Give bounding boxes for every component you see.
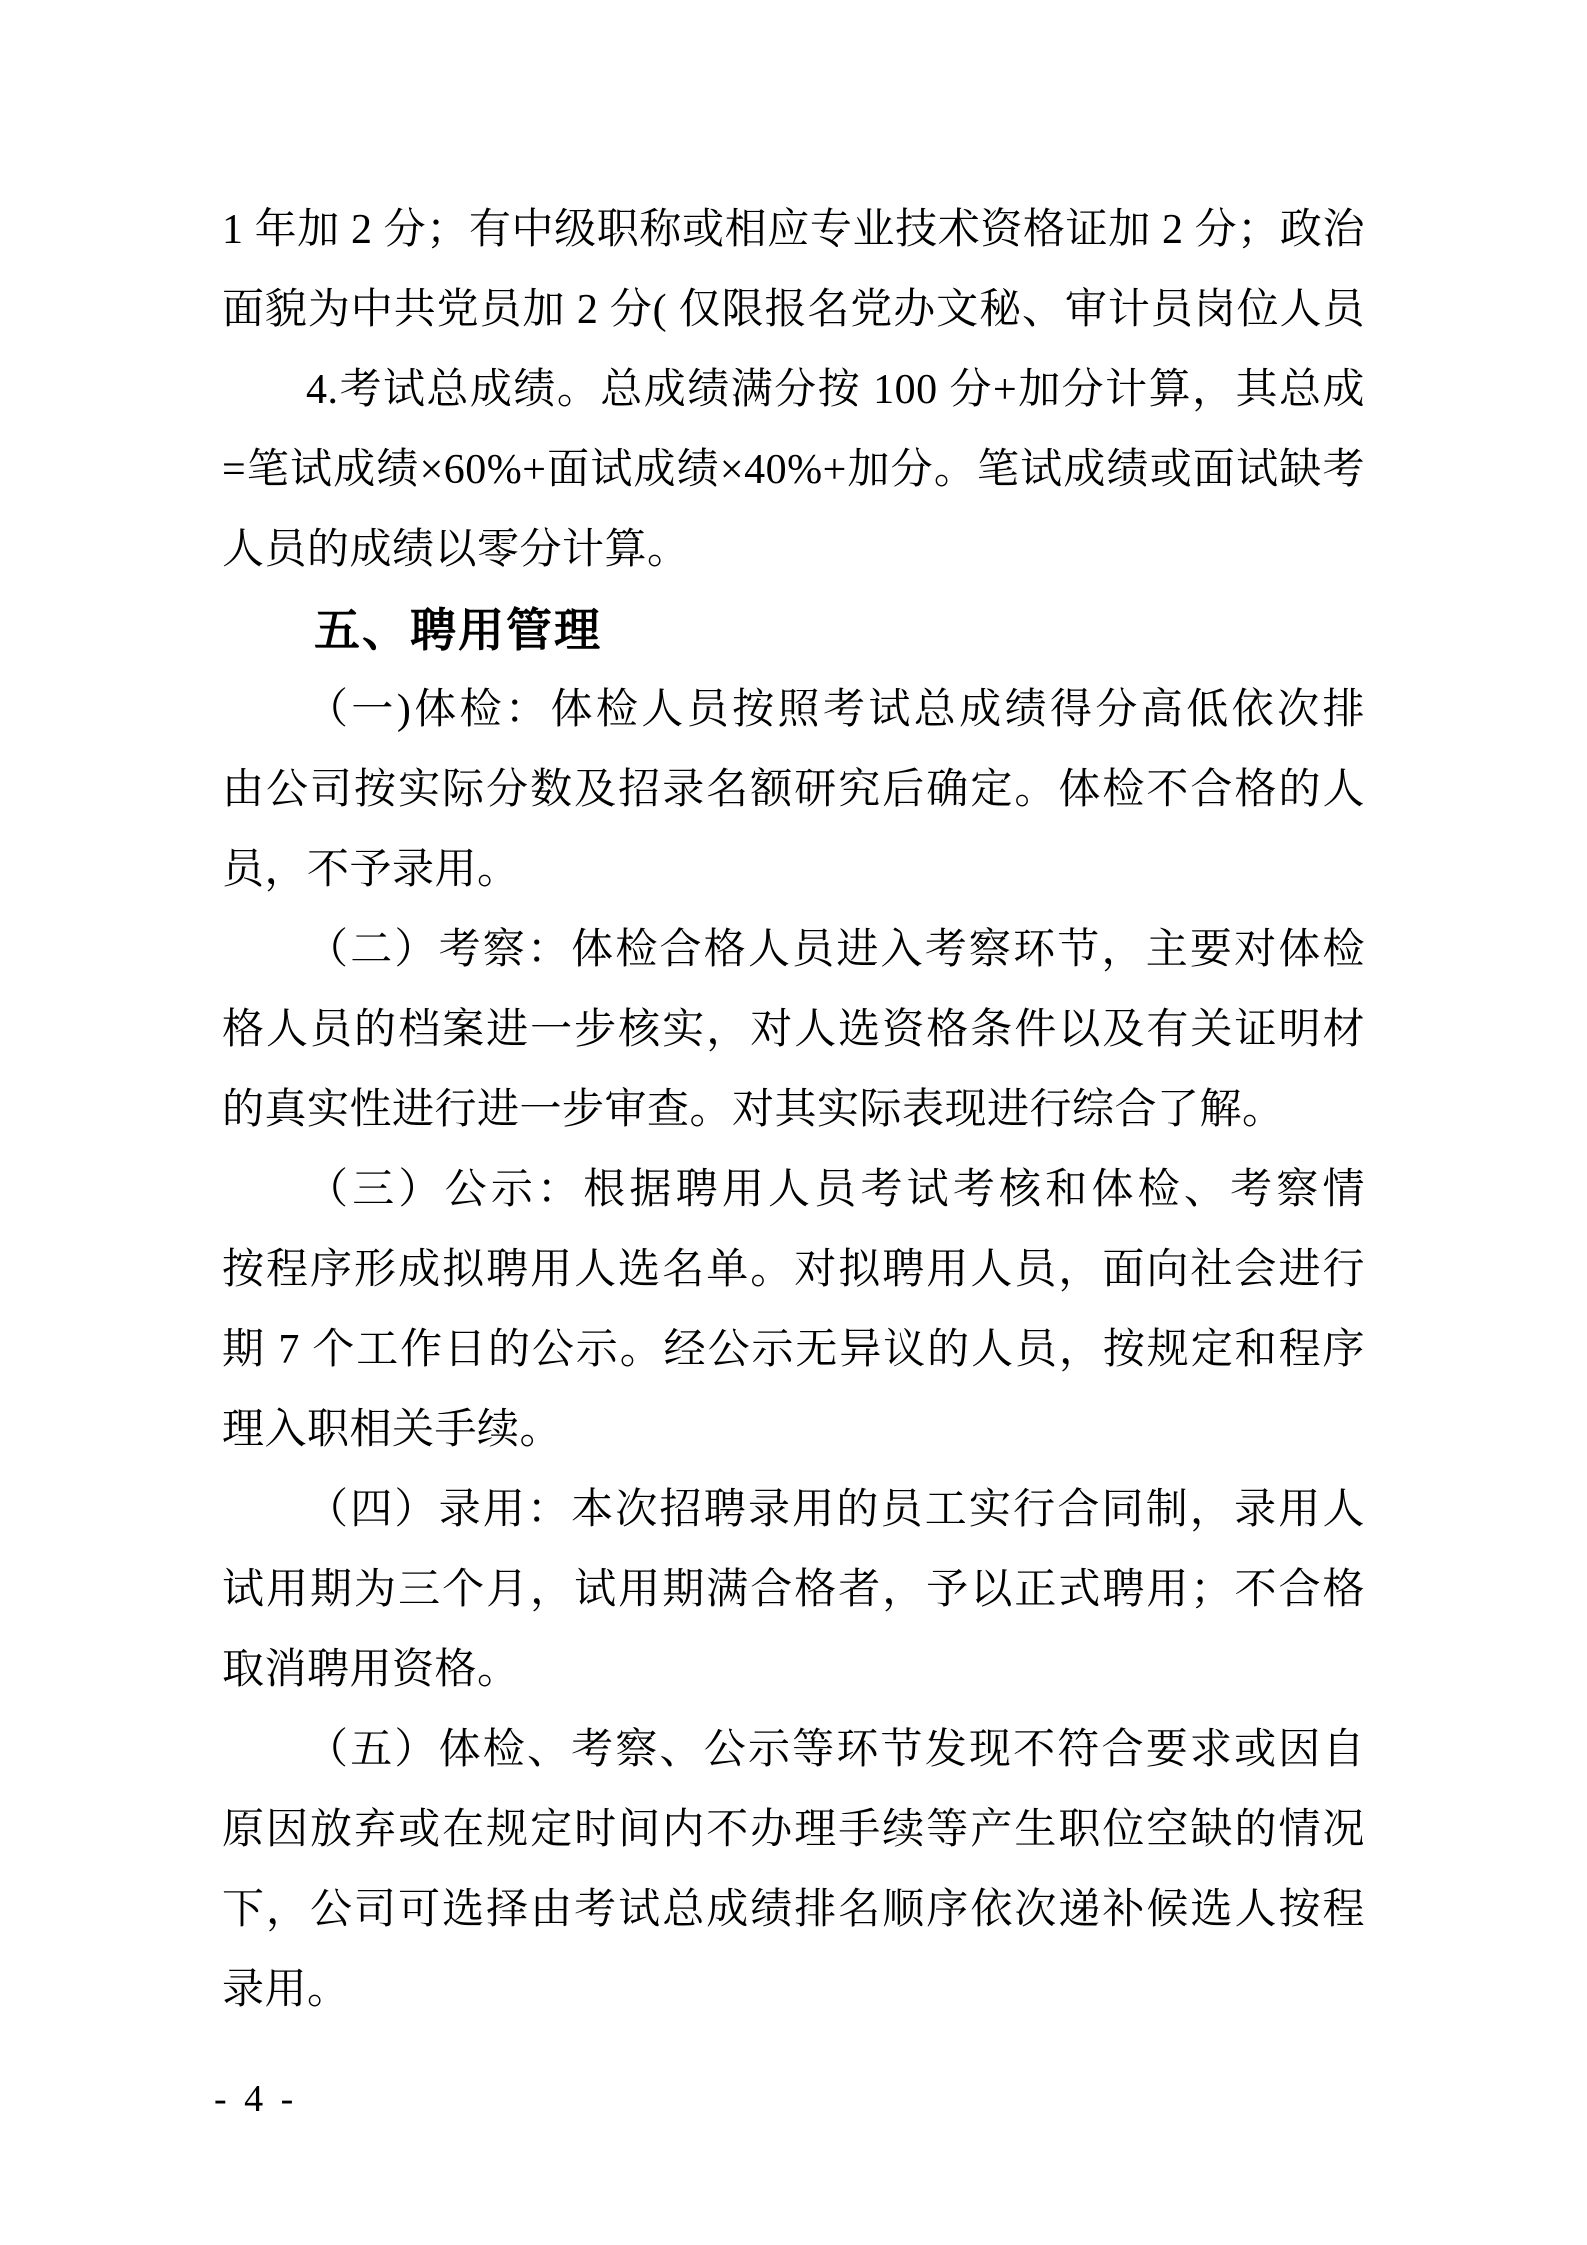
text-line: 按程序形成拟聘用人选名单。对拟聘用人员，面向社会进行为 <box>222 1230 1365 1310</box>
document-page: 1 年加 2 分；有中级职称或相应专业技术资格证加 2 分；政治 面貌为中共党员… <box>0 0 1587 2245</box>
text-line: （一)体检：体检人员按照考试总成绩得分高低依次排名， <box>222 670 1365 750</box>
text-line: =笔试成绩×60%+面试成绩×40%+加分。笔试成绩或面试缺考 <box>222 430 1365 510</box>
text-line: 人员的成绩以零分计算。 <box>222 510 1365 590</box>
paragraph: （五）体检、考察、公示等环节发现不符合要求或因自身 原因放弃或在规定时间内不办理… <box>222 1710 1365 2030</box>
text-line: （四）录用：本次招聘录用的员工实行合同制，录用人员 <box>222 1470 1365 1550</box>
text-line: （三）公示：根据聘用人员考试考核和体检、考察情况， <box>222 1150 1365 1230</box>
text-line: 取消聘用资格。 <box>222 1630 1365 1710</box>
text-line: 下，公司可选择由考试总成绩排名顺序依次递补候选人按程序 <box>222 1870 1365 1950</box>
text-line: 理入职相关手续。 <box>222 1390 1365 1470</box>
paragraph: （三）公示：根据聘用人员考试考核和体检、考察情况， 按程序形成拟聘用人选名单。对… <box>222 1150 1365 1470</box>
text-line: 的真实性进行进一步审查。对其实际表现进行综合了解。 <box>222 1070 1365 1150</box>
page-body: 1 年加 2 分；有中级职称或相应专业技术资格证加 2 分；政治 面貌为中共党员… <box>222 190 1365 2030</box>
text-line: 试用期为三个月，试用期满合格者，予以正式聘用；不合格的， <box>222 1550 1365 1630</box>
text-line: 1 年加 2 分；有中级职称或相应专业技术资格证加 2 分；政治 <box>222 190 1365 270</box>
text-line: （五）体检、考察、公示等环节发现不符合要求或因自身 <box>222 1710 1365 1790</box>
section-heading: 五、聘用管理 <box>222 590 1365 670</box>
text-line: 由公司按实际分数及招录名额研究后确定。体检不合格的人 <box>222 750 1365 830</box>
paragraph: 1 年加 2 分；有中级职称或相应专业技术资格证加 2 分；政治 面貌为中共党员… <box>222 190 1365 350</box>
paragraph: 4.考试总成绩。总成绩满分按 100 分+加分计算，其总成绩 =笔试成绩×60%… <box>222 350 1365 590</box>
text-line: 期 7 个工作日的公示。经公示无异议的人员，按规定和程序办 <box>222 1310 1365 1390</box>
page-number: - 4 - <box>214 2076 297 2122</box>
text-line: （二）考察：体检合格人员进入考察环节，主要对体检合 <box>222 910 1365 990</box>
text-line: 原因放弃或在规定时间内不办理手续等产生职位空缺的情况 <box>222 1790 1365 1870</box>
paragraph: （四）录用：本次招聘录用的员工实行合同制，录用人员 试用期为三个月，试用期满合格… <box>222 1470 1365 1710</box>
text-line: 员，不予录用。 <box>222 830 1365 910</box>
text-line: 面貌为中共党员加 2 分( 仅限报名党办文秘、审计员岗位人员 )。 <box>222 270 1365 350</box>
text-line: 4.考试总成绩。总成绩满分按 100 分+加分计算，其总成绩 <box>222 350 1365 430</box>
text-line: 格人员的档案进一步核实，对人选资格条件以及有关证明材料 <box>222 990 1365 1070</box>
text-line: 录用。 <box>222 1950 1365 2030</box>
paragraph: （一)体检：体检人员按照考试总成绩得分高低依次排名， 由公司按实际分数及招录名额… <box>222 670 1365 910</box>
paragraph: （二）考察：体检合格人员进入考察环节，主要对体检合 格人员的档案进一步核实，对人… <box>222 910 1365 1150</box>
